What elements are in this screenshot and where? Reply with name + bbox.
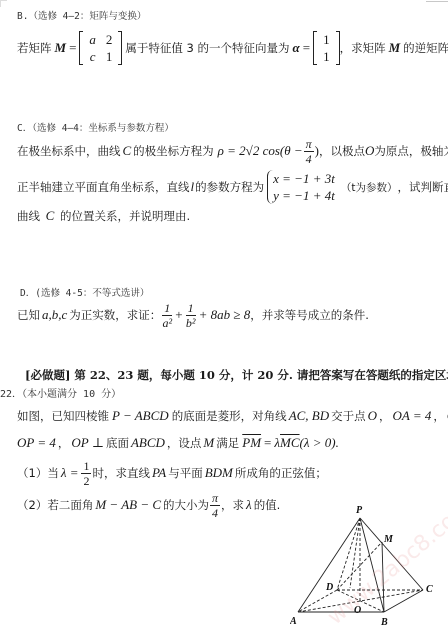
variables: a,b,c xyxy=(42,307,67,323)
curve-c: C xyxy=(123,143,132,159)
diagonals: AC, BD xyxy=(289,408,329,424)
label-p: P xyxy=(356,505,363,516)
fraction-1-over-a2: 1a² xyxy=(162,302,172,329)
section-c-line-1: 在极坐标系中，曲线 C 的极坐标方程为 ρ = 2√2 cos(θ − π4 )… xyxy=(17,136,448,166)
lambda: λ xyxy=(246,497,252,513)
text: ，以极点 xyxy=(319,143,365,159)
text: 所成角的正弦值； xyxy=(235,465,327,481)
dihedral-angle: M − AB − C xyxy=(95,497,161,513)
text: ，试判断直线 xyxy=(397,179,448,195)
plane-bdm: BDM xyxy=(205,465,233,481)
text: （1）当 xyxy=(17,465,59,481)
comma: ， xyxy=(433,408,445,424)
text: ，求 xyxy=(221,497,244,513)
vector-pm: PM xyxy=(242,435,261,451)
param-note: （t为参数） xyxy=(341,180,398,195)
matrix-symbol: M xyxy=(55,40,67,56)
text: 时，求直线 xyxy=(92,465,150,481)
plus: + xyxy=(175,307,182,323)
q22-part-2: （2）若二面角 M − AB − C 的大小为 π4 ，求 λ 的值. xyxy=(17,490,280,520)
q22-line-2: OP = 4 ， OP ⊥ 底面 ABCD ，设点 M 满足 PM = λ MC… xyxy=(17,432,339,454)
denominator: 4 xyxy=(306,152,312,165)
numerator: π xyxy=(304,138,314,152)
section-c-line-3: 曲线 C 的位置关系，并说明理由. xyxy=(17,208,190,224)
point-o: O xyxy=(368,408,377,424)
text: 已知 xyxy=(17,307,40,323)
line-pa: PA xyxy=(152,465,166,481)
q22-part-1: （1）当 λ = 12 时，求直线 PA 与平面 BDM 所成角的正弦值； xyxy=(17,458,327,488)
vector-cell: 1 xyxy=(318,31,335,48)
text: 交于点 xyxy=(331,408,366,424)
matrix-cell: a xyxy=(84,31,101,48)
section-d-problem: 已知 a,b,c 为正实数，求证： 1a² + 1b² + 8ab ≥ 8 ，并… xyxy=(17,298,369,332)
text: 为原点，极轴为 xyxy=(374,143,448,159)
section-c-heading: C．（选修 4—4：坐标系与参数方程） xyxy=(17,120,174,134)
numerator: π xyxy=(210,492,220,506)
text: ， xyxy=(379,408,391,424)
equals: = xyxy=(303,40,310,56)
text: 如图，已知四棱锥 xyxy=(17,408,109,424)
lambda-equals: λ = xyxy=(61,465,79,481)
q22-line-1: 如图，已知四棱锥 P − ABCD 的底面是菱形，对角线 AC, BD 交于点 … xyxy=(17,405,448,427)
text: 曲线 xyxy=(17,209,40,223)
label-a: A xyxy=(290,616,297,627)
text: 底面 xyxy=(106,435,129,451)
denominator: 2 xyxy=(83,474,89,487)
fraction-pi-over-4: π4 xyxy=(210,492,220,519)
vector-cell: 1 xyxy=(318,48,335,65)
lambda-condition: (λ > 0). xyxy=(300,435,339,451)
text: 的极坐标方程为 xyxy=(133,143,214,159)
text: 的大小为 xyxy=(163,497,209,513)
denominator: 4 xyxy=(212,506,218,519)
oa-length: OA = 4 xyxy=(393,408,432,424)
vector-mc: MC xyxy=(280,435,300,451)
required-heading: [必做题] 第 22、23 题，每小题 10 分，计 20 分. 请把答案写在答… xyxy=(25,367,448,383)
point-m: M xyxy=(203,435,214,451)
comma: ， xyxy=(58,435,70,451)
page-corner-mark xyxy=(0,0,7,7)
text: 若矩阵 xyxy=(17,40,52,56)
base-abcd: ABCD xyxy=(131,435,165,451)
equals: = xyxy=(264,435,271,451)
text: 的值. xyxy=(254,497,281,513)
curve-c: C xyxy=(46,208,55,223)
pyramid: P − ABCD xyxy=(112,408,169,424)
text: （2）若二面角 xyxy=(17,497,93,513)
text: 的逆矩阵 xyxy=(403,40,448,56)
fraction-1-over-2: 12 xyxy=(81,460,91,487)
op-perp: OP ⊥ xyxy=(71,435,104,451)
text: 在极坐标系中，曲线 xyxy=(17,143,121,159)
text: 满足 xyxy=(216,435,239,451)
section-b-heading: B.（选修 4—2：矩阵与变换） xyxy=(17,8,146,22)
label-d: D xyxy=(325,582,333,593)
text: 的参数方程为 xyxy=(195,179,264,195)
fraction-1-over-b2: 1b² xyxy=(186,302,196,329)
denominator: b² xyxy=(186,316,196,329)
denominator: a² xyxy=(162,316,172,329)
op-length: OP = 4 xyxy=(17,435,56,451)
matrix-m: a 2 c 1 xyxy=(79,31,122,65)
page-edge-mark xyxy=(426,1,448,2)
text: ，并求等号成立的条件. xyxy=(250,307,369,323)
param-y: y = −1 + 4t xyxy=(273,187,335,204)
matrix-cell: 2 xyxy=(101,31,118,48)
text: 与平面 xyxy=(168,465,203,481)
label-m: M xyxy=(383,534,394,545)
parametric-system: x = −1 + 3t y = −1 + 4t xyxy=(267,170,335,204)
numerator: 1 xyxy=(81,460,91,474)
polar-equation: ρ = 2√2 cos(θ − xyxy=(218,143,303,159)
alpha-symbol: α xyxy=(293,40,300,56)
section-d-heading: D．(选修 4-5：不等式选讲） xyxy=(20,285,149,299)
text: 属于特征值 3 的一个特征向量为 xyxy=(125,40,289,56)
text: ，求矩阵 xyxy=(340,40,386,56)
text: 的底面是菱形，对角线 xyxy=(172,408,287,424)
section-c-line-2: 正半轴建立平面直角坐标系，直线 l 的参数方程为 x = −1 + 3t y =… xyxy=(17,169,448,205)
label-c: C xyxy=(426,584,433,595)
equals: = xyxy=(69,40,76,56)
fraction-pi-over-4: π4 xyxy=(304,138,314,165)
vector-alpha: 1 1 xyxy=(313,31,340,65)
text: 正半轴建立平面直角坐标系，直线 xyxy=(17,179,190,195)
text: 的位置关系，并说明理由. xyxy=(60,209,190,223)
label-b: B xyxy=(380,617,388,628)
pyramid-diagram: P M D C O A B xyxy=(290,500,448,630)
param-x: x = −1 + 3t xyxy=(273,170,335,187)
line-l: l xyxy=(191,179,195,195)
inequality-rest: + 8ab ≥ 8 xyxy=(199,307,251,323)
matrix-cell: 1 xyxy=(101,48,118,65)
matrix-cell: c xyxy=(84,48,101,65)
point-o: O xyxy=(365,143,374,159)
numerator: 1 xyxy=(186,302,196,316)
text: ，设点 xyxy=(167,435,202,451)
question-22-number: 22．（本小题满分 10 分） xyxy=(0,385,121,400)
pyramid-figure: P M D C O A B www.2abc8.com xyxy=(290,500,448,630)
numerator: 1 xyxy=(162,302,172,316)
text: 为正实数，求证： xyxy=(69,307,161,323)
matrix-symbol: M xyxy=(389,40,401,56)
section-b-problem: 若矩阵 M = a 2 c 1 属于特征值 3 的一个特征向量为 α = 1 1… xyxy=(17,30,448,66)
